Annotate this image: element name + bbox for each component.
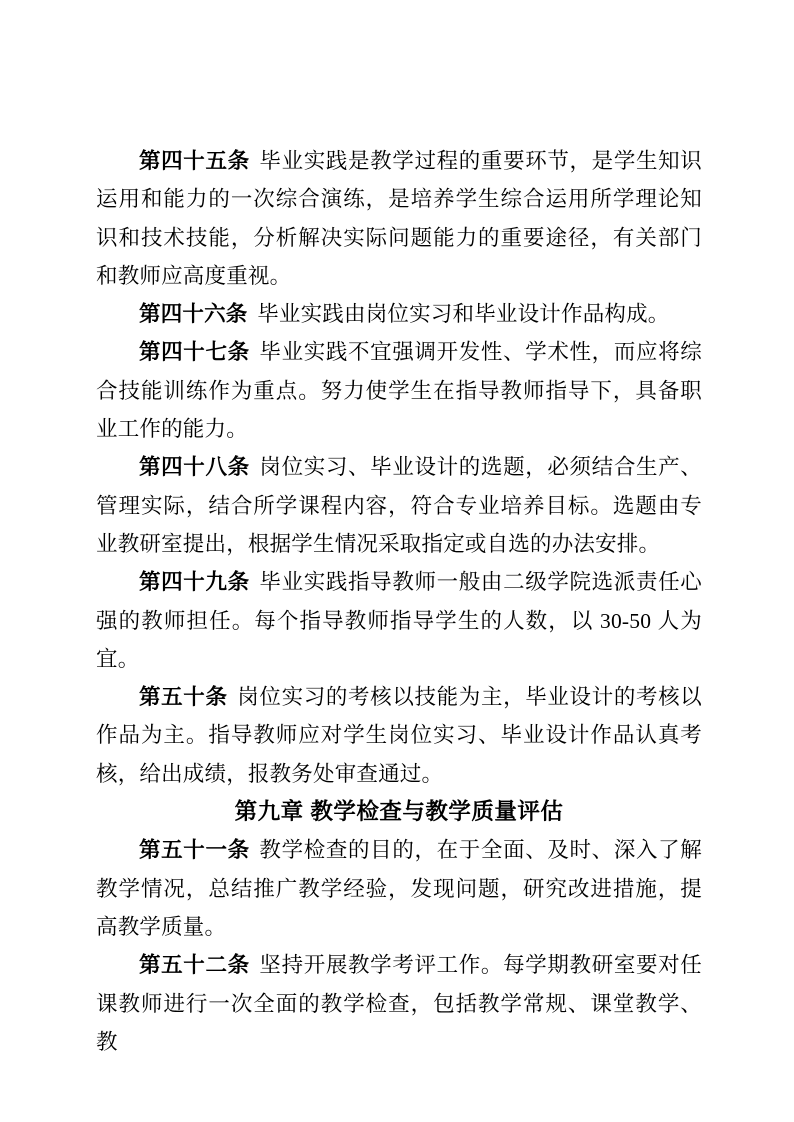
article-paragraph-46: 第四十六条毕业实践由岗位实习和毕业设计作品构成。	[96, 295, 702, 333]
article-paragraph-45: 第四十五条毕业实践是教学过程的重要环节，是学生知识运用和能力的一次综合演练，是培…	[96, 142, 702, 295]
document-page: 第四十五条毕业实践是教学过程的重要环节，是学生知识运用和能力的一次综合演练，是培…	[0, 0, 794, 1122]
article-paragraph-48: 第四十八条岗位实习、毕业设计的选题，必须结合生产、管理实际，结合所学课程内容，符…	[96, 448, 702, 563]
article-number: 第四十九条	[139, 570, 250, 594]
article-paragraph-49: 第四十九条毕业实践指导教师一般由二级学院选派责任心强的教师担任。每个指导教师指导…	[96, 563, 702, 678]
article-number: 第五十一条	[139, 838, 250, 862]
article-number: 第四十七条	[139, 340, 250, 364]
article-paragraph-52: 第五十二条坚持开展教学考评工作。每学期教研室要对任课教师进行一次全面的教学检查，…	[96, 946, 702, 1061]
article-number: 第五十条	[139, 685, 228, 709]
article-number: 第四十五条	[139, 149, 250, 173]
chapter-heading: 第九章 教学检查与教学质量评估	[96, 793, 702, 831]
article-text: 毕业实践由岗位实习和毕业设计作品构成。	[257, 302, 669, 326]
article-number: 第四十六条	[139, 302, 248, 326]
article-number: 第五十二条	[139, 953, 250, 977]
document-body: 第四十五条毕业实践是教学过程的重要环节，是学生知识运用和能力的一次综合演练，是培…	[96, 142, 702, 1061]
article-paragraph-51: 第五十一条教学检查的目的，在于全面、及时、深入了解教学情况，总结推广教学经验，发…	[96, 831, 702, 946]
article-paragraph-47: 第四十七条毕业实践不宜强调开发性、学术性，而应将综合技能训练作为重点。努力使学生…	[96, 333, 702, 448]
article-number: 第四十八条	[139, 455, 250, 479]
article-paragraph-50: 第五十条岗位实习的考核以技能为主，毕业设计的考核以作品为主。指导教师应对学生岗位…	[96, 678, 702, 793]
